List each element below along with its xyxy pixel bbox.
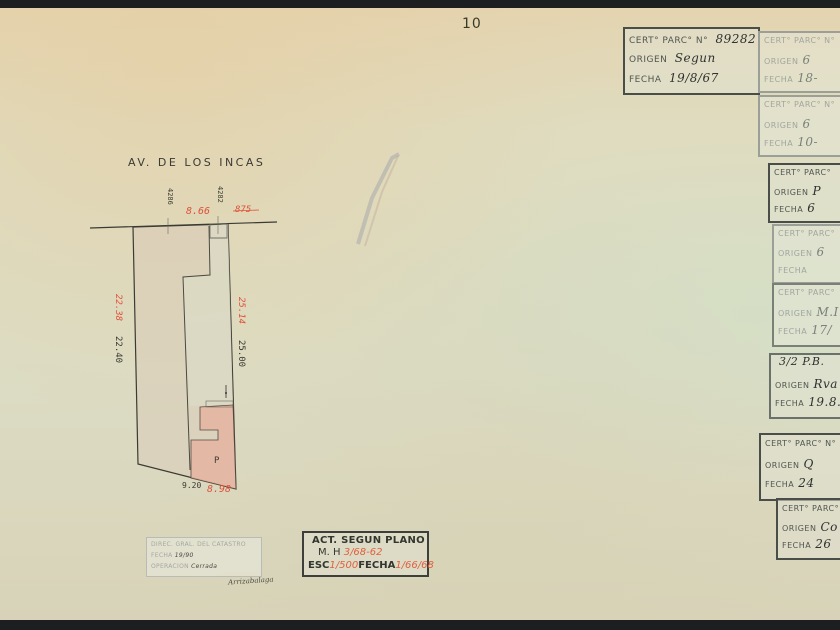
stamp-6-label-3: FECHA [775,399,804,408]
stamp-6-value-3: 19.8. [808,395,840,409]
certificate-stamp-7: CERT° PARC° N° ORIGENQ FECHA24 [759,433,840,501]
stamp-7-label-1: CERT° PARC° N° [765,439,836,448]
certificate-stamp-6: 3/2 P.B. ORIGENRva FECHA19.8. [769,353,840,419]
stamp-main-label-2: ORIGEN [629,55,667,65]
certificate-stamp-5: CERT° PARC° ORIGENM.I. FECHA17/ [772,283,840,347]
stamp-7-label-2: ORIGEN [765,461,799,470]
stamp-7-value-3: 24 [798,476,814,490]
dir-stamp-label-2: FECHA [151,552,173,559]
stamp-7-label-3: FECHA [765,480,794,489]
left-side-measure: 22.40 [113,336,123,363]
stamp-7-value-2: Q [803,457,813,471]
dir-stamp-line-1: DIREC. GRAL. DEL CATASTRO [151,541,246,548]
building-label: P [214,456,219,466]
stamp-8-label-1: CERT° PARC° [782,504,839,513]
act-stamp-value-2: 3/68-62 [344,547,383,558]
act-stamp-label-3: FECHA [358,560,395,571]
act-stamp-prefix-2: M. H [318,547,341,558]
certificate-stamp-3: CERT° PARC° ORIGENP FECHA6 [768,163,840,223]
stamp-3-value-3: 6 [807,201,815,215]
stamp-main-label-1: CERT° PARC° N° [629,36,708,46]
stamp-5-label-2: ORIGEN [778,309,812,318]
stamp-4-label-1: CERT° PARC° [778,229,835,238]
stamp-2-label-3: FECHA [764,139,793,148]
act-segun-plano-stamp: ACT. SEGUN PLANO M. H 3/68-62 ESC1/500FE… [302,531,429,577]
stamp-1-label-3: FECHA [764,75,793,84]
stamp-4-value-2: 6 [816,245,824,259]
frontage-measure-struck: 875 [235,205,251,215]
stamp-4-label-2: ORIGEN [778,249,812,258]
stamp-main-value-3: 19/8/67 [669,71,719,85]
stamp-5-value-2: M.I. [816,305,840,319]
stamp-2-label-1: CERT° PARC° N° [764,100,835,109]
stamp-8-label-3: FECHA [782,541,811,550]
stamp-1-value-3: 18- [797,71,818,85]
dir-stamp-label-3: OPERACION [151,563,189,570]
stamp-6-value-2: Rva [813,377,837,391]
dir-stamp-value-2: 19/90 [175,552,194,559]
stamp-3-label-2: ORIGEN [774,188,808,197]
stamp-5-label-1: CERT° PARC° [778,288,835,297]
stamp-8-label-2: ORIGEN [782,524,816,533]
stamp-4-label-3: FECHA [778,266,807,275]
stamp-1-label-2: ORIGEN [764,57,798,66]
rear-measure-red: 8.98 [207,484,231,495]
act-stamp-line-1: ACT. SEGUN PLANO [312,535,425,546]
certificate-stamp-main: CERT° PARC° N° 89282 ORIGEN Segun FECHA … [623,27,760,95]
dir-stamp-value-3: Cerrada [191,563,217,570]
stamp-6-label-2: ORIGEN [775,381,809,390]
stamp-1-value-2: 6 [802,53,810,67]
certificate-stamp-8: CERT° PARC° ORIGENCo FECHA26 [776,498,840,560]
stamp-8-value-3: 26 [815,537,831,551]
stamp-1-label-1: CERT° PARC° N° [764,36,835,45]
stamp-3-label-3: FECHA [774,205,803,214]
stamp-3-label-1: CERT° PARC° [774,168,831,177]
stamp-2-label-2: ORIGEN [764,121,798,130]
stamp-3-value-2: P [812,184,821,198]
house-number-right: 4282 [216,186,224,203]
certificate-stamp-4: CERT° PARC° ORIGEN6 FECHA [772,224,840,284]
stamp-main-label-3: FECHA [629,75,662,85]
act-stamp-date: 1/66/68 [395,560,434,571]
stamp-8-value-2: Co [820,520,837,534]
act-stamp-prefix-3: ESC [308,560,329,571]
stamp-main-value-2: Segun [675,51,716,65]
stamp-main-value-1: 89282 [716,32,757,46]
stamp-2-value-3: 10- [797,135,818,149]
left-side-measure-red: 22.38 [113,294,123,321]
stamp-6-label-1: 3/2 P.B. [779,355,824,368]
stamp-5-label-3: FECHA [778,327,807,336]
certificate-stamp-1: CERT° PARC° N° ORIGEN6 FECHA18- [758,31,840,93]
stamp-2-value-2: 6 [802,117,810,131]
house-number-left: 4286 [166,188,174,205]
right-side-measure-red: 25.14 [236,297,246,324]
right-side-measure: 25.00 [236,340,246,367]
stamp-5-value-3: 17/ [811,323,832,337]
rear-measure: 9.20 [182,481,201,490]
certificate-stamp-2: CERT° PARC° N° ORIGEN6 FECHA10- [758,95,840,157]
frontage-measure: 8.66 [186,206,210,217]
act-stamp-value-3: 1/500 [329,560,358,571]
catastro-direction-stamp: DIREC. GRAL. DEL CATASTRO FECHA 19/90 OP… [146,537,262,577]
